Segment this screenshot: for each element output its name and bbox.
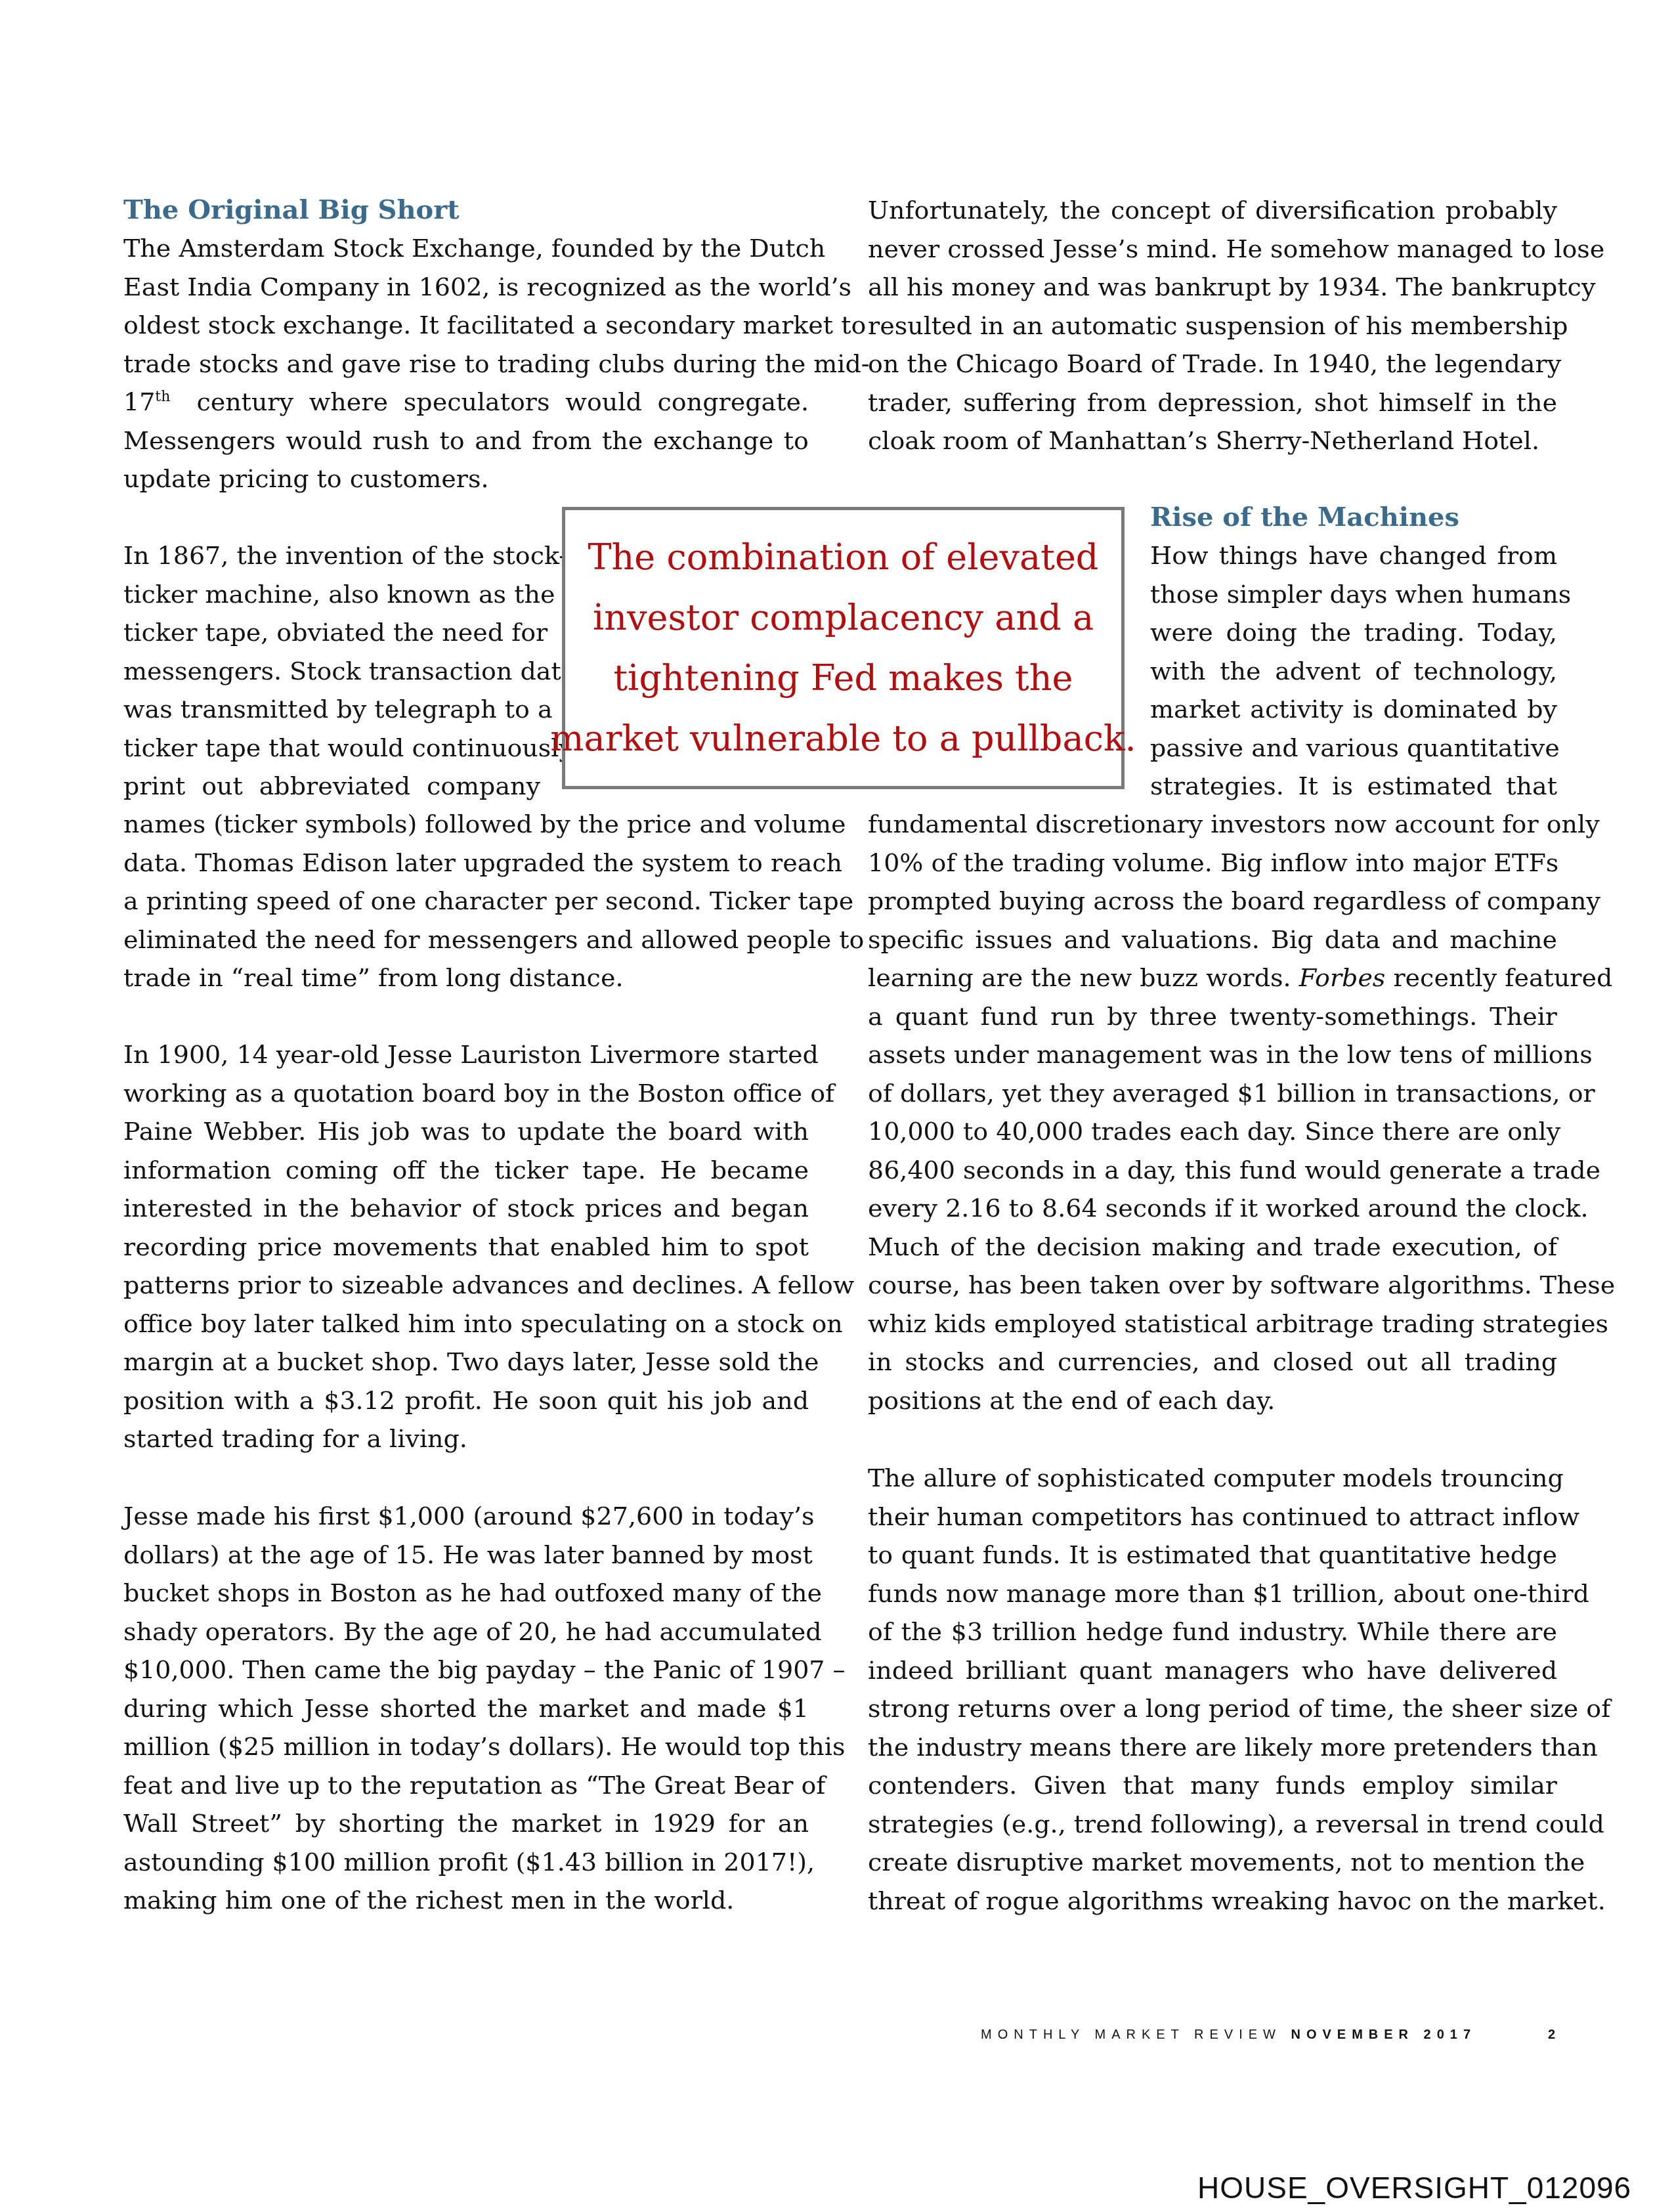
text-line: update pricing to customers. xyxy=(123,460,809,498)
bates-stamp: HOUSE_OVERSIGHT_012096 xyxy=(1197,2170,1631,2205)
text-line: In 1867, the invention of the stock- xyxy=(123,536,540,575)
text-line: resulted in an automatic suspension of h… xyxy=(868,307,1557,345)
page-number: 2 xyxy=(1548,2028,1561,2043)
text-line: print out abbreviated company xyxy=(123,767,540,806)
text-line: positions at the end of each day. xyxy=(868,1381,1557,1420)
text-line: Jesse made his first $1,000 (around $27,… xyxy=(123,1497,809,1536)
text-line: patterns prior to sizeable advances and … xyxy=(123,1266,809,1305)
text-line: million ($25 million in today’s dollars)… xyxy=(123,1727,809,1766)
text-line: strategies. It is estimated that xyxy=(1150,767,1557,806)
text-line: Wall Street” by shorting the market in 1… xyxy=(123,1804,809,1843)
left-paragraph-2-wide: names (ticker symbols) followed by the p… xyxy=(123,805,809,997)
text-line: $10,000. Then came the big payday – the … xyxy=(123,1651,809,1689)
text-line: 10,000 to 40,000 trades each day. Since … xyxy=(868,1112,1557,1151)
publication-name-forbes: Forbes xyxy=(1299,963,1386,992)
left-paragraph-1: The Amsterdam Stock Exchange, founded by… xyxy=(123,229,809,498)
text-line: threat of rogue algorithms wreaking havo… xyxy=(868,1882,1557,1920)
pull-quote-box: The combination of elevated investor com… xyxy=(562,507,1125,789)
pull-quote-line: investor complacency and a xyxy=(593,588,1094,648)
text-line: funds now manage more than $1 trillion, … xyxy=(868,1574,1557,1613)
text-line: during which Jesse shorted the market an… xyxy=(123,1689,809,1728)
text-line: on the Chicago Board of Trade. In 1940, … xyxy=(868,345,1557,383)
left-paragraph-3: In 1900, 14 year-old Jesse Lauriston Liv… xyxy=(123,1035,809,1458)
text-line: East India Company in 1602, is recognize… xyxy=(123,268,809,307)
pull-quote-line: The combination of elevated xyxy=(588,527,1099,588)
text-line: ticker tape, obviated the need for xyxy=(123,613,540,652)
text-line: assets under management was in the low t… xyxy=(868,1035,1557,1074)
text-line: feat and live up to the reputation as “T… xyxy=(123,1766,809,1805)
text-line: The allure of sophisticated computer mod… xyxy=(868,1459,1557,1498)
section-heading-rise-of-the-machines: Rise of the Machines xyxy=(1150,498,1459,537)
text-line: shady operators. By the age of 20, he ha… xyxy=(123,1613,809,1651)
text-segment: learning are the new buzz words. xyxy=(868,963,1299,992)
text-line: How things have changed from xyxy=(1150,536,1557,575)
text-line: those simpler days when humans xyxy=(1150,575,1557,614)
text-line: making him one of the richest men in the… xyxy=(123,1881,809,1920)
text-line: dollars) at the age of 15. He was later … xyxy=(123,1536,809,1574)
section-heading-original-big-short: The Original Big Short xyxy=(123,191,460,230)
footer-issue: NOVEMBER 2017 xyxy=(1291,2028,1477,2042)
pull-quote-line: market vulnerable to a pullback. xyxy=(550,708,1136,769)
text-line: specific issues and valuations. Big data… xyxy=(868,921,1557,959)
text-line: prompted buying across the board regardl… xyxy=(868,882,1557,921)
text-line: The Amsterdam Stock Exchange, founded by… xyxy=(123,229,809,268)
text-line: In 1900, 14 year-old Jesse Lauriston Liv… xyxy=(123,1035,809,1074)
text-line: trade in “real time” from long distance. xyxy=(123,959,809,997)
text-line: in stocks and currencies, and closed out… xyxy=(868,1343,1557,1381)
text-line: strong returns over a long period of tim… xyxy=(868,1689,1557,1728)
text-line: with the advent of technology, xyxy=(1150,652,1557,691)
text-line: of the $3 trillion hedge fund industry. … xyxy=(868,1613,1557,1651)
text-line: their human competitors has continued to… xyxy=(868,1498,1557,1536)
text-line: of dollars, yet they averaged $1 billion… xyxy=(868,1074,1557,1113)
text-line-rest: century where speculators would congrega… xyxy=(196,383,809,422)
footer-publication: MONTHLY MARKET REVIEW xyxy=(981,2028,1281,2042)
text-line: a quant fund run by three twenty-somethi… xyxy=(868,997,1557,1036)
text-line-forbes: learning are the new buzz words. Forbes … xyxy=(868,959,1557,997)
text-line: never crossed Jesse’s mind. He somehow m… xyxy=(868,230,1557,269)
text-line: messengers. Stock transaction data xyxy=(123,652,540,691)
text-line: trader, suffering from depression, shot … xyxy=(868,383,1557,422)
text-line: cloak room of Manhattan’s Sherry-Netherl… xyxy=(868,422,1557,460)
text-line: data. Thomas Edison later upgraded the s… xyxy=(123,844,809,882)
text-line: ticker machine, also known as the xyxy=(123,575,540,614)
text-line: create disruptive market movements, not … xyxy=(868,1843,1557,1882)
text-line: position with a $3.12 profit. He soon qu… xyxy=(123,1381,809,1420)
left-paragraph-4: Jesse made his first $1,000 (around $27,… xyxy=(123,1497,809,1920)
text-line: office boy later talked him into specula… xyxy=(123,1305,809,1343)
text-line: a printing speed of one character per se… xyxy=(123,882,809,921)
text-line-17th-century: 17th century where speculators would con… xyxy=(123,383,809,422)
right-paragraph-1: Unfortunately, the concept of diversific… xyxy=(868,191,1557,460)
text-line: bucket shops in Boston as he had outfoxe… xyxy=(123,1574,809,1613)
text-line: eliminated the need for messengers and a… xyxy=(123,921,809,959)
text-segment: recently featured xyxy=(1385,963,1612,992)
text-line: every 2.16 to 8.64 seconds if it worked … xyxy=(868,1189,1557,1228)
text-line: trade stocks and gave rise to trading cl… xyxy=(123,345,809,383)
text-line: all his money and was bankrupt by 1934. … xyxy=(868,268,1557,307)
text-line: fundamental discretionary investors now … xyxy=(868,805,1557,844)
text-line: ticker tape that would continuously xyxy=(123,729,540,768)
text-line: were doing the trading. Today, xyxy=(1150,613,1557,652)
text-line: working as a quotation board boy in the … xyxy=(123,1074,809,1113)
text-line: the industry means there are likely more… xyxy=(868,1728,1557,1767)
text-line: recording price movements that enabled h… xyxy=(123,1228,809,1267)
text-line: Unfortunately, the concept of diversific… xyxy=(868,191,1557,230)
text-line: Paine Webber. His job was to update the … xyxy=(123,1112,809,1151)
pull-quote-line: tightening Fed makes the xyxy=(613,648,1073,708)
text-line: market activity is dominated by xyxy=(1150,690,1557,729)
right-paragraph-3: The allure of sophisticated computer mod… xyxy=(868,1459,1557,1920)
text-line: to quant funds. It is estimated that qua… xyxy=(868,1536,1557,1574)
ordinal-suffix: th xyxy=(155,389,170,405)
text-line: passive and various quantitative xyxy=(1150,729,1557,768)
text-line: contenders. Given that many funds employ… xyxy=(868,1766,1557,1805)
left-paragraph-2-narrow: In 1867, the invention of the stock- tic… xyxy=(123,536,540,806)
text-line: 10% of the trading volume. Big inflow in… xyxy=(868,844,1557,882)
text-line: margin at a bucket shop. Two days later,… xyxy=(123,1343,809,1381)
century-number: 17 xyxy=(123,387,155,416)
text-line: oldest stock exchange. It facilitated a … xyxy=(123,306,809,345)
text-line: Messengers would rush to and from the ex… xyxy=(123,422,809,460)
text-line: started trading for a living. xyxy=(123,1420,809,1458)
text-line: interested in the behavior of stock pric… xyxy=(123,1189,809,1228)
text-line: whiz kids employed statistical arbitrage… xyxy=(868,1305,1557,1343)
text-line: 86,400 seconds in a day, this fund would… xyxy=(868,1151,1557,1190)
text-line: Much of the decision making and trade ex… xyxy=(868,1228,1557,1267)
text-line: astounding $100 million profit ($1.43 bi… xyxy=(123,1843,809,1882)
text-line: course, has been taken over by software … xyxy=(868,1266,1557,1305)
text-line: names (ticker symbols) followed by the p… xyxy=(123,805,809,844)
text-line: strategies (e.g., trend following), a re… xyxy=(868,1805,1557,1844)
text-line: was transmitted by telegraph to a xyxy=(123,690,540,729)
right-paragraph-2-narrow: How things have changed from those simpl… xyxy=(1150,536,1557,806)
right-paragraph-2-wide: fundamental discretionary investors now … xyxy=(868,805,1557,1420)
text-line: indeed brilliant quant managers who have… xyxy=(868,1651,1557,1690)
text-line: information coming off the ticker tape. … xyxy=(123,1151,809,1190)
page-footer: MONTHLY MARKET REVIEW NOVEMBER 2017 xyxy=(981,2028,1476,2043)
